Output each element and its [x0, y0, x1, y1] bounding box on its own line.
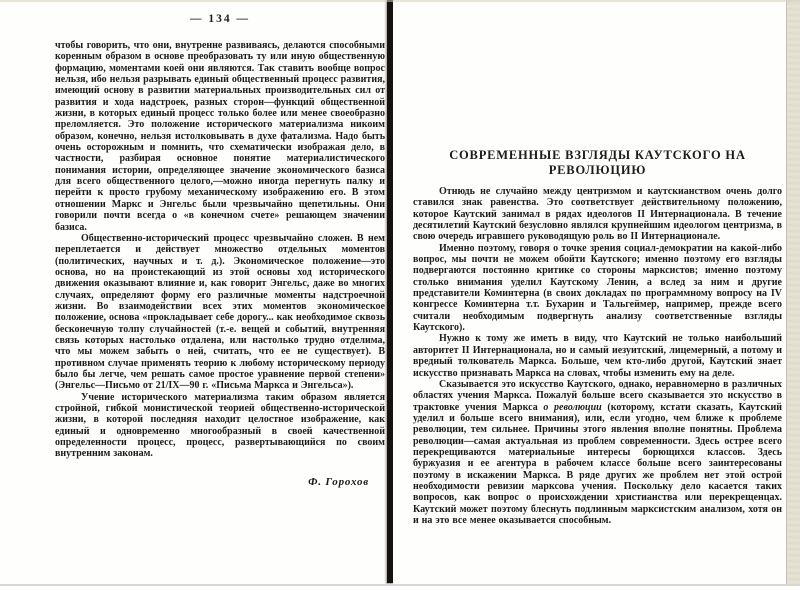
left-page-text: чтобы говорить, что они, внутренне разви… — [55, 40, 385, 488]
paragraph: Именно поэтому, говоря о точке зрения со… — [413, 243, 782, 334]
scan-bottom-edge — [0, 584, 800, 586]
paragraph: чтобы говорить, что они, внутренне разви… — [55, 40, 385, 233]
left-page: — 134 — чтобы говорить, что они, внутрен… — [0, 0, 388, 584]
paragraph: Сказывается это искусство Каутского, одн… — [413, 379, 782, 526]
author-signature: Ф. Горохов — [55, 476, 385, 488]
page-edge — [786, 0, 800, 584]
paragraph: Отнюдь не случайно между центризмом и ка… — [413, 186, 782, 243]
right-page-text: Отнюдь не случайно между центризмом и ка… — [413, 186, 782, 526]
scan-top-edge — [0, 0, 800, 2]
book-scan-spread: — 134 — чтобы говорить, что они, внутрен… — [0, 0, 800, 590]
article-title-line: СОВРЕМЕННЫЕ ВЗГЛЯДЫ КАУТСКОГО НА — [413, 148, 782, 163]
article-title-line: РЕВОЛЮЦИЮ — [413, 163, 782, 178]
page-number: — 134 — — [55, 13, 385, 25]
article-title: СОВРЕМЕННЫЕ ВЗГЛЯДЫ КАУТСКОГО НА РЕВОЛЮЦ… — [413, 148, 782, 177]
right-page: СОВРЕМЕННЫЕ ВЗГЛЯДЫ КАУТСКОГО НА РЕВОЛЮЦ… — [393, 0, 784, 584]
emphasis-text: о революции — [543, 402, 601, 413]
paragraph: Общественно-исторический процесс чрезвыч… — [55, 233, 385, 392]
paragraph-text: (которому, кстати сказать, Каутский удел… — [413, 402, 782, 526]
paragraph: Учение исторического материализма таким … — [55, 392, 385, 460]
paragraph: Нужно к тому же иметь в виду, что Каутск… — [413, 333, 782, 378]
